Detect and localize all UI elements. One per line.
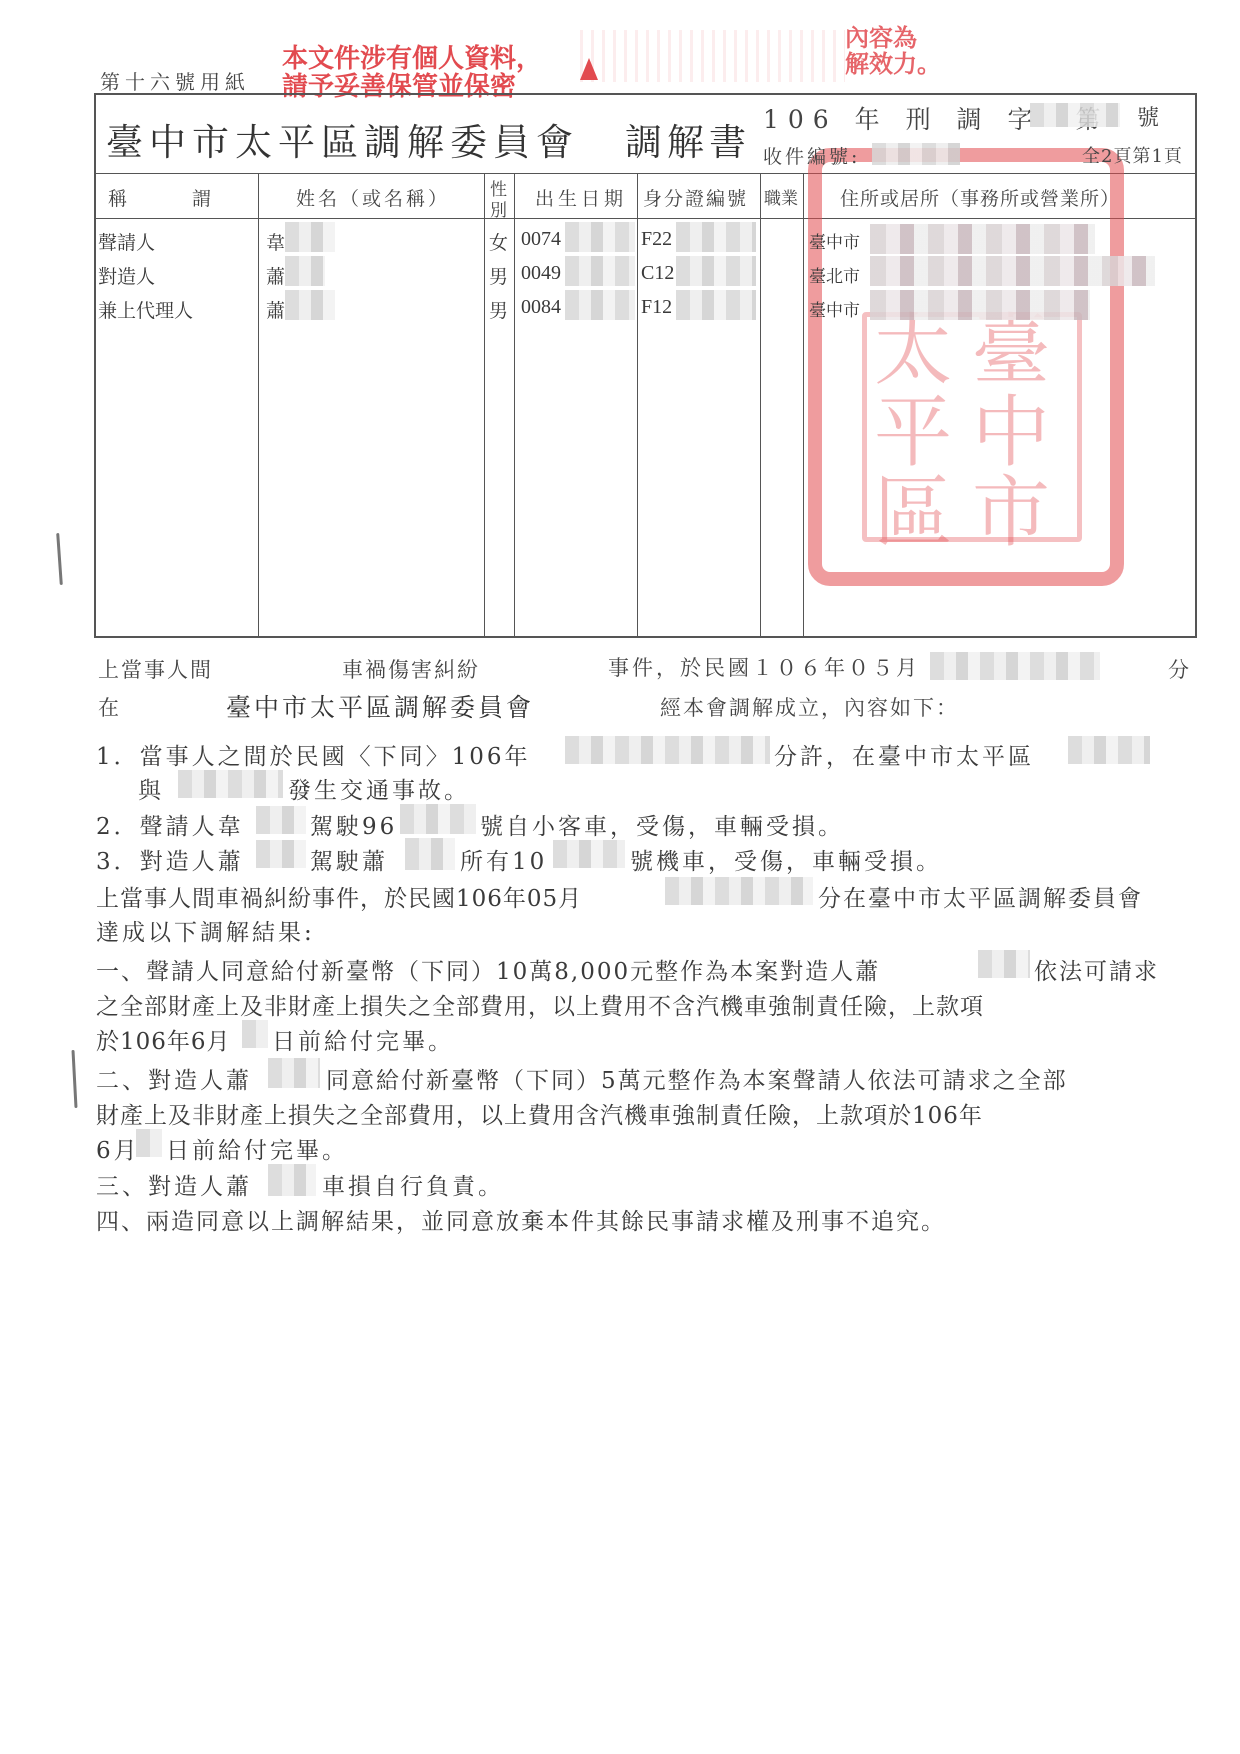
redacted-id-number [676, 256, 756, 286]
col-header-name: 姓名（或名稱） [296, 184, 450, 211]
resolution-1-line2: 之全部財產上及非財產上損失之全部費用，以上費用不含汽機車強制責任險，上款項 [96, 988, 984, 1021]
redacted-datetime [930, 652, 1100, 680]
case-number-suffix: 號 [1137, 101, 1159, 132]
seal-glyph: 太 [874, 312, 952, 390]
intro-committee: 臺中市太平區調解委員會 [226, 688, 534, 724]
redacted-birthdate [565, 256, 635, 286]
divider [258, 173, 259, 638]
divider [803, 173, 804, 638]
col-header-role: 稱 謂 [108, 184, 213, 211]
redacted-name [256, 806, 306, 834]
resolution-2: 二、對造人蕭 [96, 1062, 252, 1095]
redacted-datetime [665, 877, 813, 905]
redacted-receipt-number [872, 143, 960, 165]
row1-id-number: F22 [641, 228, 672, 251]
page-indicator: 全2頁第1頁 [1082, 142, 1183, 168]
summary-result: 達成以下調解結果: [96, 914, 315, 947]
row3-role: 兼上代理人 [98, 296, 193, 323]
row1-role: 聲請人 [98, 228, 155, 255]
redacted-name [268, 1058, 320, 1088]
seal-glyph: 市 [972, 474, 1050, 552]
divider [637, 173, 638, 638]
summary-text: 上當事人間車禍糾紛事件，於民國106年05月 [96, 880, 582, 913]
row3-gender: 男 [489, 296, 508, 323]
col-header-gender-bottom: 別 [490, 196, 507, 221]
redacted-name [256, 840, 306, 868]
redacted-datetime [565, 736, 770, 764]
redacted-address [870, 256, 1155, 286]
resolution-1-line3: 於106年6月 [96, 1023, 231, 1056]
resolution-1-cont: 依法可請求 [1034, 953, 1159, 986]
row3-address: 臺中市 [809, 296, 860, 321]
redacted-address [870, 290, 1090, 320]
intro-at: 在 [98, 692, 121, 722]
row2-role: 對造人 [98, 262, 155, 289]
row2-birthdate: 0049 [521, 262, 561, 285]
redacted-name [285, 290, 335, 320]
item2-drive: 駕駛96 [310, 808, 397, 841]
resolution-1: 一、聲請人同意給付新臺幣（下同）10萬8,000元整作為本案對造人蕭 [96, 953, 880, 986]
item1-text-cont: 分許，在臺中市太平區 [774, 738, 1034, 771]
redacted-id-number [676, 290, 756, 320]
resolution-2-line2: 財產上及非財產上損失之全部費用，以上費用含汽機車強制責任險，上款項於106年 [96, 1097, 983, 1130]
item3-owner: 所有10 [460, 843, 547, 876]
row2-gender: 男 [489, 262, 508, 289]
divider [760, 173, 761, 638]
item1-accident: 發生交通事故。 [288, 772, 470, 805]
redacted-name [268, 1164, 316, 1196]
row2-address: 臺北市 [809, 262, 860, 287]
faded-stamp [580, 30, 845, 82]
item1-with: 與 [138, 772, 164, 805]
resolution-3: 三、對造人蕭 [96, 1168, 252, 1201]
row3-name: 蕭 [266, 296, 285, 323]
resolution-1-line3-cont: 日前給付完畢。 [272, 1023, 454, 1056]
redacted-location [178, 770, 283, 798]
resolution-3-cont: 車損自行負責。 [322, 1168, 504, 1201]
summary-text-cont: 分在臺中市太平區調解委員會 [818, 880, 1143, 913]
redacted-name [978, 950, 1030, 978]
item3-vehicle: 號機車，受傷，車輛受損。 [630, 843, 942, 876]
pen-mark [71, 1050, 77, 1108]
redacted-birthdate [565, 222, 635, 252]
col-header-address: 住所或居所（事務所或營業所） [840, 184, 1120, 211]
second-stamp-line2: 解效力。 [845, 44, 941, 79]
document-title: 調解書 [625, 112, 751, 166]
official-seal: 臺 中 市 太 平 區 [808, 148, 1124, 586]
intro-result: 經本會調解成立，內容如下： [660, 692, 959, 722]
divider [484, 173, 485, 638]
seal-glyph: 中 [972, 394, 1050, 472]
col-header-id-number: 身分證編號 [643, 184, 748, 211]
item2-vehicle: 號自小客車，受傷，車輛受損。 [480, 808, 844, 841]
redacted-plate [553, 840, 625, 868]
redacted-plate [400, 804, 476, 834]
row1-address: 臺中市 [809, 228, 860, 253]
resolution-2-line3: 6月 [96, 1132, 140, 1165]
intro-parties: 上當事人間 [98, 654, 213, 684]
col-header-birthdate: 出生日期 [535, 184, 627, 211]
pen-mark [56, 533, 63, 585]
col-header-occupation: 職業 [764, 184, 798, 209]
resolution-2-cont: 同意給付新臺幣（下同）5萬元整作為本案聲請人依法可請求之全部 [326, 1062, 1068, 1095]
row1-name: 韋 [266, 228, 285, 255]
row2-id-number: C12 [641, 262, 674, 285]
redacted-birthdate [565, 290, 635, 320]
form-label: 第十六號用紙 [100, 66, 250, 95]
redacted-location [1068, 736, 1150, 764]
seal-glyph: 平 [874, 394, 952, 472]
redacted-address [870, 224, 1095, 254]
intro-minute: 分 [1168, 654, 1191, 684]
resolution-2-line3-cont: 日前給付完畢。 [166, 1132, 348, 1165]
row1-gender: 女 [489, 228, 508, 255]
redacted-name [285, 222, 335, 252]
intro-event-date: 事件，於民國１０６年０５月 [608, 652, 920, 682]
item3-drive: 駕駛蕭 [310, 843, 388, 876]
intro-dispute-type: 車禍傷害糾紛 [342, 654, 480, 684]
seal-glyph: 臺 [972, 312, 1050, 390]
row3-id-number: F12 [641, 296, 672, 319]
redacted-case-number [1030, 103, 1120, 127]
row2-name: 蕭 [266, 262, 285, 289]
resolution-4: 四、兩造同意以上調解結果，並同意放棄本件其餘民事請求權及刑事不追究。 [96, 1203, 946, 1236]
row1-birthdate: 0074 [521, 228, 561, 251]
seal-glyph: 區 [874, 474, 952, 552]
office-title: 臺中市太平區調解委員會 [106, 112, 579, 166]
row3-birthdate: 0084 [521, 296, 561, 319]
redacted-day [136, 1129, 162, 1157]
receipt-number-label: 收件編號: [763, 142, 860, 169]
divider [514, 173, 515, 638]
item3-text: 3．對造人蕭 [96, 843, 244, 876]
redacted-day [242, 1020, 268, 1048]
item2-text: 2．聲請人韋 [96, 808, 244, 841]
redacted-name [285, 256, 325, 286]
item1-text: 1．當事人之間於民國〈下同〉106年 [96, 738, 531, 771]
redacted-id-number [676, 222, 756, 252]
redacted-name [405, 838, 455, 870]
